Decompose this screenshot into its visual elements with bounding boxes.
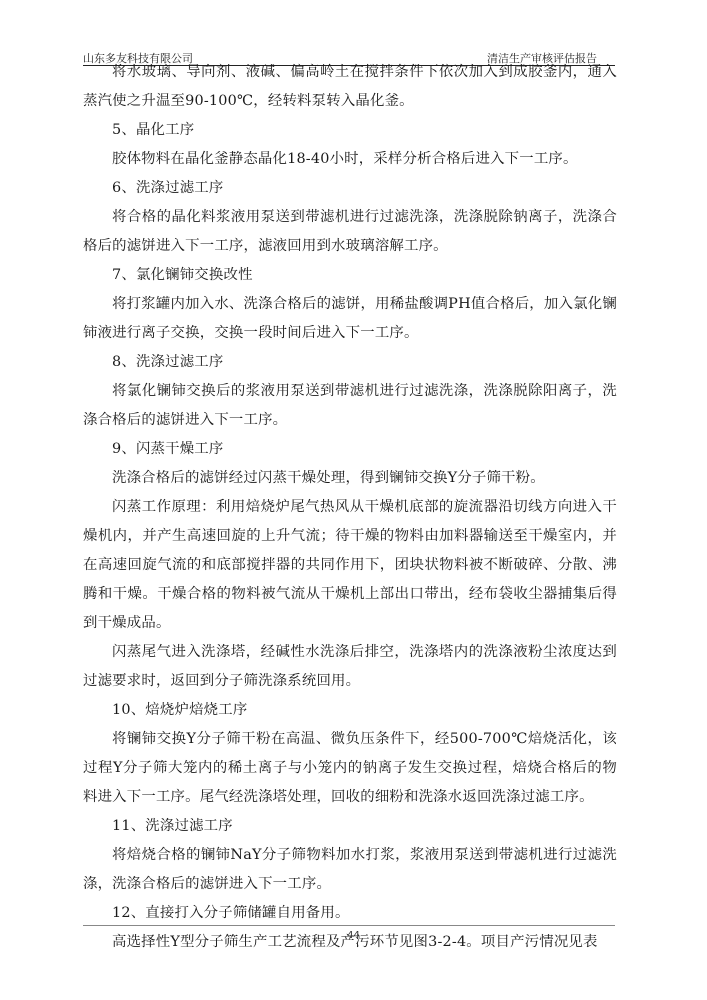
section-heading: 7、氯化镧铈交换改性: [83, 261, 617, 290]
section-heading: 11、洗涤过滤工序: [83, 812, 617, 841]
paragraph: 闪蒸尾气进入洗涤塔，经碱性水洗涤后排空，洗涤塔内的洗涤液粉尘浓度达到过滤要求时，…: [83, 638, 617, 696]
section-heading: 9、闪蒸干燥工序: [83, 435, 617, 464]
section-heading: 6、洗涤过滤工序: [83, 174, 617, 203]
paragraph: 胶体物料在晶化釜静态晶化18-40小时，采样分析合格后进入下一工序。: [83, 145, 617, 174]
paragraph: 将焙烧合格的镧铈NaY分子筛物料加水打浆，浆液用泵送到带滤机进行过滤洗涤，洗涤合…: [83, 841, 617, 899]
section-heading: 5、晶化工序: [83, 116, 617, 145]
paragraph: 闪蒸工作原理：利用焙烧炉尾气热风从干燥机底部的旋流器沿切线方向进入干燥机内，并产…: [83, 493, 617, 638]
paragraph: 将氯化镧铈交换后的浆液用泵送到带滤机进行过滤洗涤，洗涤脱除阳离子，洗涤合格后的滤…: [83, 377, 617, 435]
paragraph: 将合格的晶化料浆液用泵送到带滤机进行过滤洗涤，洗涤脱除钠离子，洗涤合格后的滤饼进…: [83, 203, 617, 261]
paragraph: 将水玻璃、导向剂、液碱、偏高岭土在搅拌条件下依次加入到成胶釜内，通入蒸汽使之升温…: [83, 58, 617, 116]
footer-divider: [83, 925, 615, 926]
section-heading: 8、洗涤过滤工序: [83, 348, 617, 377]
document-body: 将水玻璃、导向剂、液碱、偏高岭土在搅拌条件下依次加入到成胶釜内，通入蒸汽使之升温…: [83, 58, 617, 957]
section-heading: 12、直接打入分子筛储罐自用备用。: [83, 899, 617, 928]
section-heading: 10、焙烧炉焙烧工序: [83, 696, 617, 725]
paragraph: 将打浆罐内加入水、洗涤合格后的滤饼，用稀盐酸调PH值合格后，加入氯化镧铈液进行离…: [83, 290, 617, 348]
paragraph: 洗涤合格后的滤饼经过闪蒸干燥处理，得到镧铈交换Y分子筛干粉。: [83, 464, 617, 493]
paragraph: 将镧铈交换Y分子筛干粉在高温、微负压条件下，经500-700℃焙烧活化，该过程Y…: [83, 725, 617, 812]
page-number: 44: [0, 930, 707, 941]
